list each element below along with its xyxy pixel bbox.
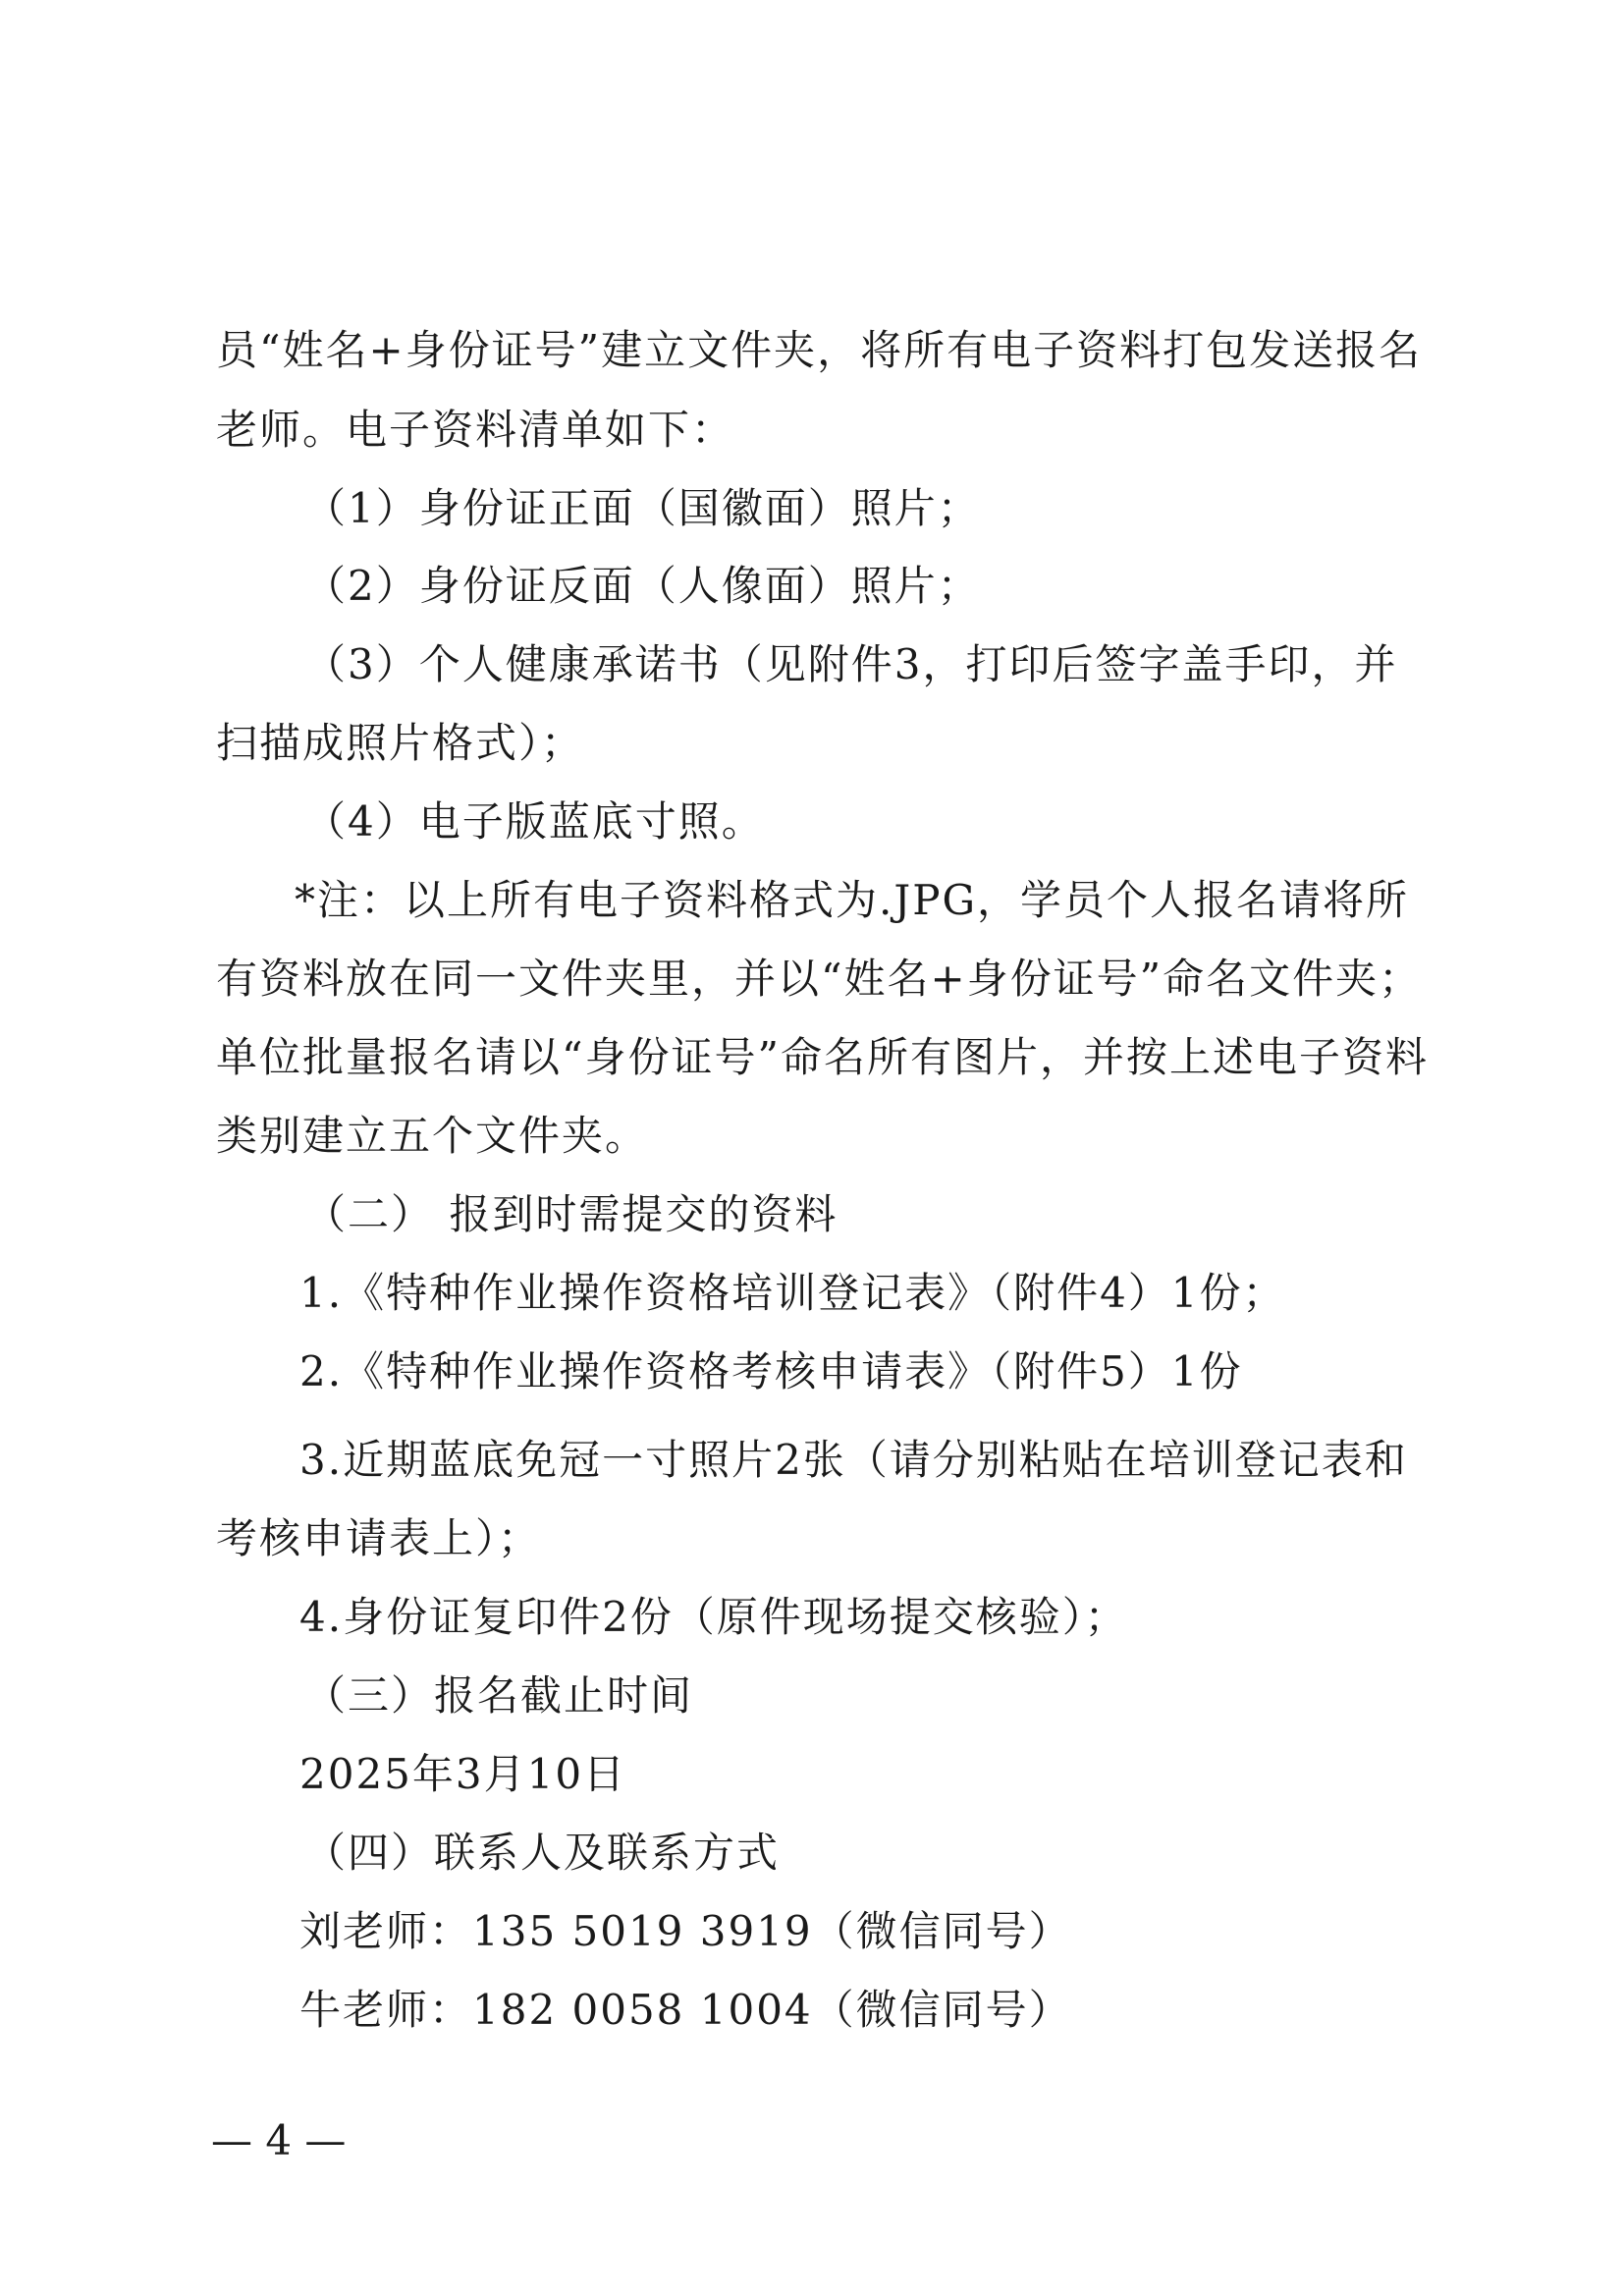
paragraph-line: 老师。电子资料清单如下： xyxy=(216,401,734,460)
note-line: 类别建立五个文件夹。 xyxy=(216,1107,648,1166)
list-item: 4.身份证复印件2份（原件现场提交核验）； xyxy=(299,1588,1128,1647)
note-line: 单位批量报名请以“身份证号”命名所有图片，并按上述电子资料 xyxy=(216,1028,1429,1087)
contact-line: 牛老师：182 0058 1004（微信同号） xyxy=(299,1981,1072,2040)
list-item: 1.《特种作业操作资格培训登记表》（附件4）1份； xyxy=(299,1264,1286,1323)
list-item-continuation: 考核申请表上）； xyxy=(216,1509,541,1568)
paragraph-line: 员“姓名+身份证号”建立文件夹，将所有电子资料打包发送报名 xyxy=(216,321,1422,380)
list-item: （4）电子版蓝底寸照。 xyxy=(304,793,765,851)
list-item: （3）个人健康承诺书（见附件3，打印后签字盖手印，并 xyxy=(304,635,1397,694)
contact-line: 刘老师：135 5019 3919（微信同号） xyxy=(299,1902,1072,1961)
list-item: （2）身份证反面（人像面）照片； xyxy=(304,557,981,616)
list-item-continuation: 扫描成照片格式）； xyxy=(216,714,584,773)
note-line: 有资料放在同一文件夹里，并以“姓名+身份证号”命名文件夹； xyxy=(216,950,1422,1009)
section-heading: （二） 报到时需提交的资料 xyxy=(304,1185,838,1244)
page-number: — 4 — xyxy=(211,2111,346,2170)
deadline-date: 2025年3月10日 xyxy=(299,1745,626,1804)
list-item: 3.近期蓝底免冠一寸照片2张（请分别粘贴在培训登记表和 xyxy=(299,1431,1408,1490)
list-item: （1）身份证正面（国徽面）照片； xyxy=(304,479,981,538)
section-heading: （三）报名截止时间 xyxy=(304,1667,693,1725)
note-line: *注：以上所有电子资料格式为.JPG，学员个人报名请将所 xyxy=(295,871,1409,930)
list-item: 2.《特种作业操作资格考核申请表》（附件5）1份 xyxy=(299,1342,1243,1401)
section-heading: （四）联系人及联系方式 xyxy=(304,1824,780,1883)
